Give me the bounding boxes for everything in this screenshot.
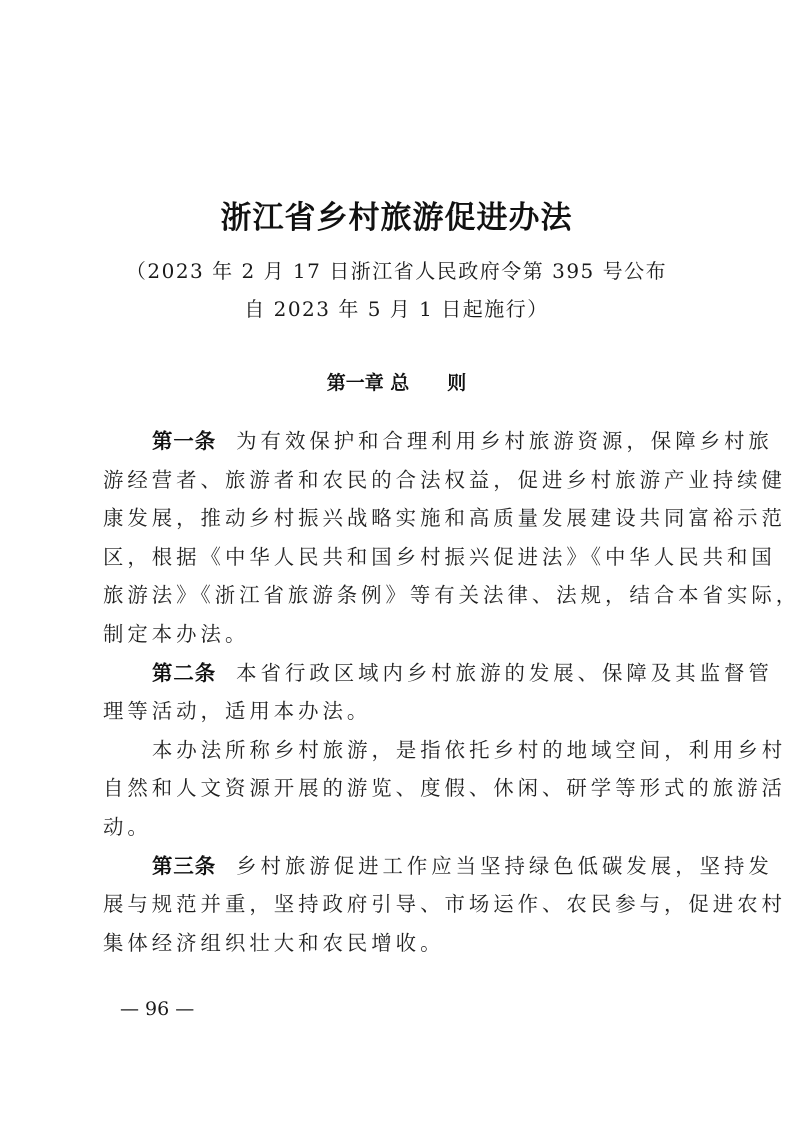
- page-number: — 96 —: [120, 996, 194, 1022]
- article-3-line-1: 第三条乡村旅游促进工作应当坚持绿色低碳发展，坚持发: [103, 847, 693, 886]
- article-2: 第二条本省行政区域内乡村旅游的发展、保障及其监督管 理等活动，适用本办法。 本办…: [103, 654, 693, 847]
- article-1-line-1: 第一条为有效保护和合理利用乡村旅游资源，保障乡村旅: [103, 422, 693, 461]
- article-text: 乡村旅游促进工作应当坚持绿色低碳发展，坚持发: [236, 854, 773, 878]
- article-text: 为有效保护和合理利用乡村旅游资源，保障乡村旅: [236, 429, 773, 453]
- article-1-line-4: 区，根据《中华人民共和国乡村振兴促进法》《中华人民共和国: [103, 538, 693, 577]
- article-2-line-1: 第二条本省行政区域内乡村旅游的发展、保障及其监督管: [103, 654, 693, 693]
- article-1: 第一条为有效保护和合理利用乡村旅游资源，保障乡村旅 游经营者、旅游者和农民的合法…: [103, 422, 693, 654]
- article-2-para-2-line-2: 自然和人文资源开展的游览、度假、休闲、研学等形式的旅游活: [103, 769, 693, 808]
- article-2-para-2-line-3: 动。: [103, 808, 693, 847]
- article-2-para-2-line-1: 本办法所称乡村旅游，是指依托乡村的地域空间，利用乡村: [103, 731, 693, 770]
- article-3-line-2: 展与规范并重，坚持政府引导、市场运作、农民参与，促进农村: [103, 885, 693, 924]
- article-1-line-2: 游经营者、旅游者和农民的合法权益，促进乡村旅游产业持续健: [103, 461, 693, 500]
- article-label: 第二条: [152, 661, 216, 685]
- article-3-line-3: 集体经济组织壮大和农民增收。: [103, 924, 693, 963]
- document-title: 浙江省乡村旅游促进办法: [0, 196, 793, 240]
- promulgation-note-line-2: 自 2023 年 5 月 1 日起施行）: [0, 294, 793, 324]
- article-1-line-6: 制定本办法。: [103, 615, 693, 654]
- chapter-heading: 第一章 总 则: [0, 368, 793, 398]
- article-label: 第一条: [152, 429, 216, 453]
- promulgation-note-line-1: （2023 年 2 月 17 日浙江省人民政府令第 395 号公布: [0, 256, 793, 286]
- article-2-line-2: 理等活动，适用本办法。: [103, 692, 693, 731]
- article-3: 第三条乡村旅游促进工作应当坚持绿色低碳发展，坚持发 展与规范并重，坚持政府引导、…: [103, 847, 693, 963]
- article-label: 第三条: [152, 854, 216, 878]
- article-1-line-5: 旅游法》《浙江省旅游条例》等有关法律、法规，结合本省实际，: [103, 576, 693, 615]
- article-1-line-3: 康发展，推动乡村振兴战略实施和高质量发展建设共同富裕示范: [103, 499, 693, 538]
- article-text: 本省行政区域内乡村旅游的发展、保障及其监督管: [236, 661, 773, 685]
